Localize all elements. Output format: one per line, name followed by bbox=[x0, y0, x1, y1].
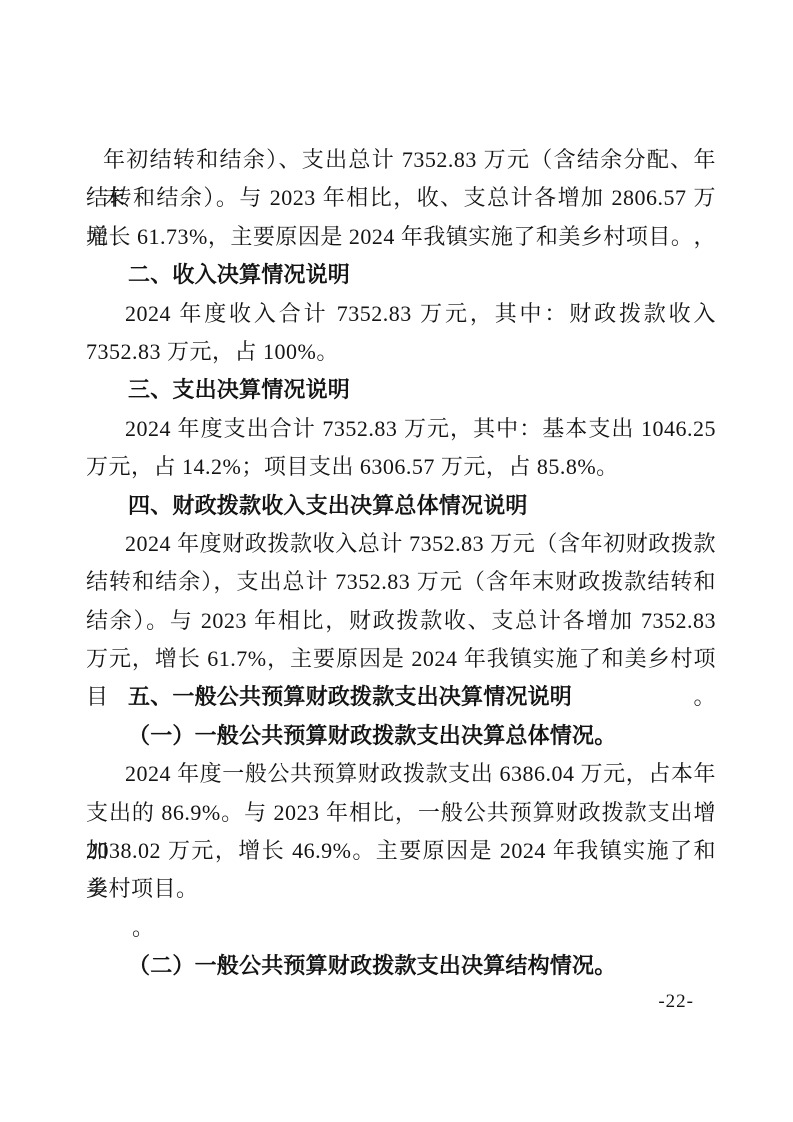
page-number: -22- bbox=[658, 991, 694, 1013]
section-heading: （二）一般公共预算财政拨款支出决算结构情况。 bbox=[86, 947, 716, 985]
section-heading: 三、支出决算情况说明 bbox=[86, 371, 716, 409]
text-line: 结转和结余），支出总计 7352.83 万元（含年末财政拨款结转和 bbox=[86, 563, 716, 601]
heading-line: 四、财政拨款收入支出决算总体情况说明 bbox=[86, 487, 716, 525]
heading-line: 二、收入决算情况说明 bbox=[86, 256, 716, 294]
text-line: 7352.83 万元，占 100%。 bbox=[86, 333, 716, 371]
text-line: 万元，增长 61.7%，主要原因是 2024 年我镇实施了和美乡村项目。 bbox=[86, 640, 716, 678]
document-body: 年初结转和结余）、支出总计 7352.83 万元（含结余分配、年末结转和结余）。… bbox=[86, 141, 716, 986]
text-line: 结余）。与 2023 年相比，财政拨款收、支总计各增加 7352.83 bbox=[86, 602, 716, 640]
heading-line: 三、支出决算情况说明 bbox=[86, 371, 716, 409]
text-line: 万元，占 14.2%；项目支出 6306.57 万元，占 85.8%。 bbox=[86, 448, 716, 486]
text-line: 支出的 86.9%。与 2023 年相比，一般公共预算财政拨款支出增加 bbox=[86, 794, 716, 832]
text-line: 年初结转和结余）、支出总计 7352.83 万元（含结余分配、年末 bbox=[86, 141, 716, 179]
section-heading: 四、财政拨款收入支出决算总体情况说明 bbox=[86, 487, 716, 525]
document-page: 年初结转和结余）、支出总计 7352.83 万元（含结余分配、年末结转和结余）。… bbox=[0, 0, 793, 1122]
text-line: 2024 年度收入合计 7352.83 万元，其中：财政拨款收入 bbox=[86, 295, 716, 333]
section-heading: （一）一般公共预算财政拨款支出决算总体情况。 bbox=[86, 717, 716, 755]
heading-line: （二）一般公共预算财政拨款支出决算结构情况。 bbox=[86, 947, 716, 985]
text-line: 2024 年度支出合计 7352.83 万元，其中：基本支出 1046.25 bbox=[86, 410, 716, 448]
text-line: 2024 年度一般公共预算财政拨款支出 6386.04 万元，占本年 bbox=[86, 755, 716, 793]
body-paragraph: 2024 年度财政拨款收入总计 7352.83 万元（含年初财政拨款结转和结余）… bbox=[86, 525, 716, 679]
text-line: 2024 年度财政拨款收入总计 7352.83 万元（含年初财政拨款 bbox=[86, 525, 716, 563]
body-paragraph: 2024 年度一般公共预算财政拨款支出 6386.04 万元，占本年支出的 86… bbox=[86, 755, 716, 909]
section-heading: 二、收入决算情况说明 bbox=[86, 256, 716, 294]
text-line: 结转和结余）。与 2023 年相比，收、支总计各增加 2806.57 万元， bbox=[86, 179, 716, 217]
body-paragraph: 2024 年度收入合计 7352.83 万元，其中：财政拨款收入7352.83 … bbox=[86, 295, 716, 372]
body-paragraph: 2024 年度支出合计 7352.83 万元，其中：基本支出 1046.25万元… bbox=[86, 410, 716, 487]
text-line: 增长 61.73%，主要原因是 2024 年我镇实施了和美乡村项目。 bbox=[86, 218, 716, 256]
body-paragraph: 。 bbox=[86, 909, 716, 947]
text-line: 。 bbox=[86, 909, 716, 947]
body-paragraph: 年初结转和结余）、支出总计 7352.83 万元（含结余分配、年末结转和结余）。… bbox=[86, 141, 716, 256]
text-line: 2038.02 万元，增长 46.9%。主要原因是 2024 年我镇实施了和美 bbox=[86, 832, 716, 870]
heading-line: （一）一般公共预算财政拨款支出决算总体情况。 bbox=[86, 717, 716, 755]
text-line: 乡村项目。 bbox=[86, 870, 716, 908]
